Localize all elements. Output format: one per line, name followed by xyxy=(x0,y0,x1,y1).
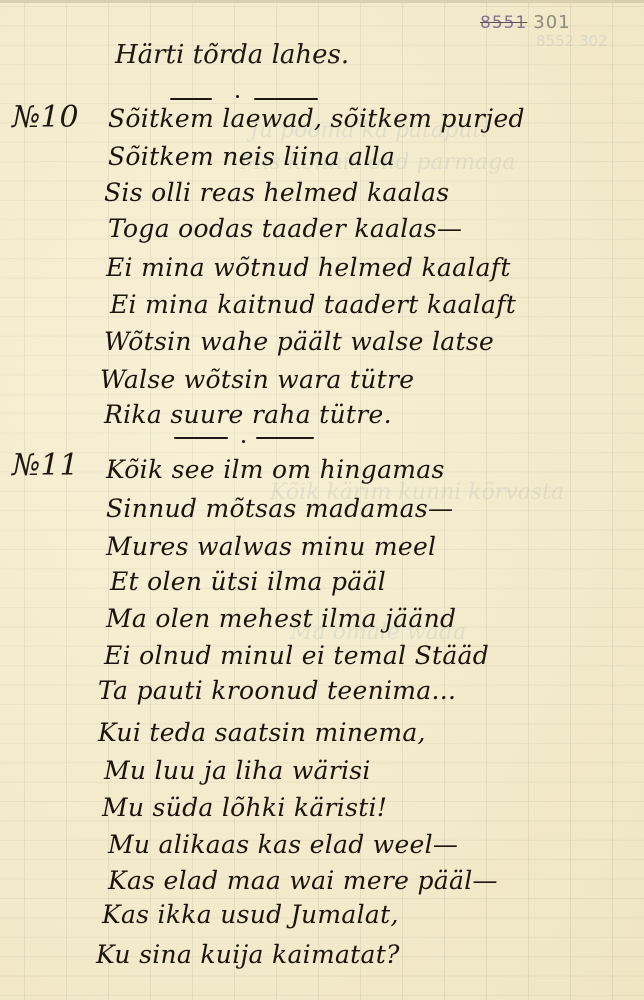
poem-number: №11 xyxy=(12,448,79,483)
poem-line: Et olen ütsi ilma pääl xyxy=(110,567,386,596)
poem-line: Ta pauti kroonud teenima... xyxy=(98,676,456,705)
section-divider xyxy=(256,437,314,439)
section-divider-dot xyxy=(242,440,245,443)
poem-line: Mu alikaas kas elad weel— xyxy=(108,830,458,859)
poem-line: Kas elad maa wai mere pääl— xyxy=(108,866,498,895)
poem-line: Toga oodas taader kaalas— xyxy=(108,214,462,243)
poem-line: Sis olli reas helmed kaalas xyxy=(104,178,449,207)
page-title: Härti tõrda lahes. xyxy=(115,40,349,70)
poem-number: №10 xyxy=(12,100,79,135)
paper-edge xyxy=(0,0,644,3)
poem-line: Mu süda lõhki käristi! xyxy=(102,793,387,822)
poem-line: Kui teda saatsin minema, xyxy=(98,718,426,747)
poem-line: Rika suure raha tütre. xyxy=(104,400,392,429)
poem-line: Ei mina kaitnud taadert kaalaft xyxy=(110,290,516,319)
poem-line: Sinnud mõtsas madamas— xyxy=(106,494,453,523)
poem-line: Sõitkem neis liina alla xyxy=(108,142,395,171)
poem-line: Ei mina wõtnud helmed kaalaft xyxy=(106,253,511,282)
poem-line: Wõtsin wahe päält walse latse xyxy=(104,327,494,356)
poem-line: Walse wõtsin wara tütre xyxy=(100,365,414,394)
archive-number: 8551301 xyxy=(480,12,571,33)
poem-line: Ku sina kuija kaimatat? xyxy=(96,940,400,969)
title-underline xyxy=(254,98,318,100)
title-underline xyxy=(170,98,212,100)
section-divider xyxy=(174,437,228,439)
poem-line: Kõik see ilm om hingamas xyxy=(106,455,445,484)
poem-line: Mures walwas minu meel xyxy=(106,532,436,561)
bleed-through-number: 8552 302 xyxy=(536,32,608,50)
poem-line: Ma olen mehest ilma jäänd xyxy=(106,604,456,633)
title-underline-dot xyxy=(236,95,239,98)
archive-number-old: 8551 xyxy=(480,13,527,33)
poem-line: Mu luu ja liha wärisi xyxy=(104,756,371,785)
poem-line: Sõitkem laewad, sõitkem purjed xyxy=(108,104,525,133)
poem-line: Kas ikka usud Jumalat, xyxy=(102,900,399,929)
poem-line: Ei olnud minul ei temal Stääd xyxy=(104,641,489,670)
archive-number-new: 301 xyxy=(533,12,570,33)
